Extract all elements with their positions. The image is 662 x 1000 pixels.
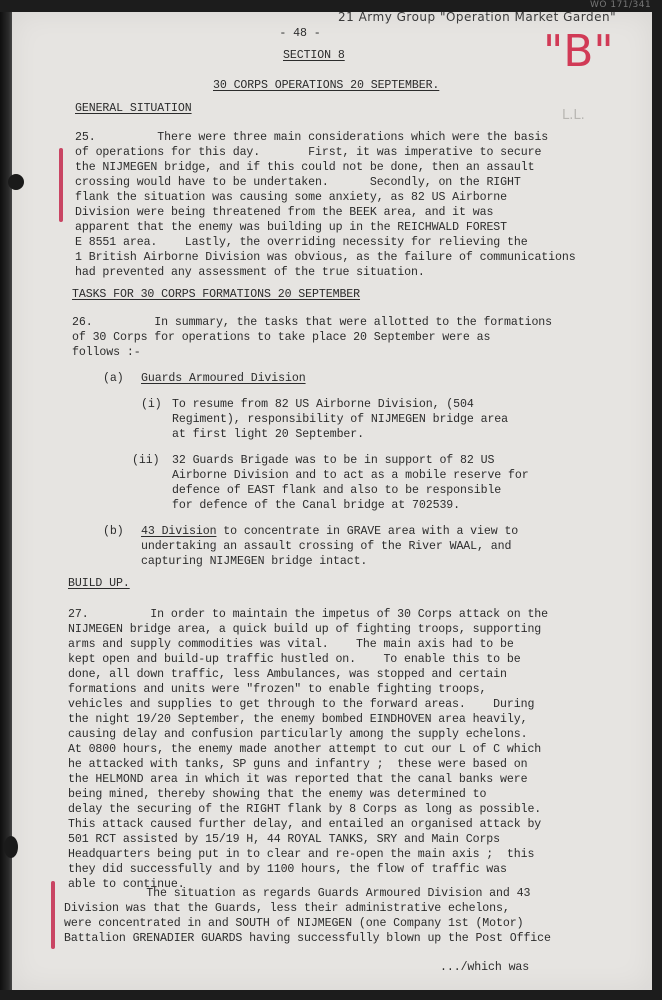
text-line: This attack caused further delay, and en…: [68, 817, 541, 832]
pencil-margin-note: L.L.: [562, 108, 585, 123]
item-a-label: (a): [103, 371, 124, 386]
subitem-i-label: (i): [141, 397, 162, 412]
text-line: follows :-: [72, 345, 141, 360]
item-b-first-line: 43 Division to concentrate in GRAVE area…: [141, 524, 518, 539]
text-line: he attacked with tanks, SP guns and infa…: [68, 757, 527, 772]
text-line: formations and units were "frozen" to en…: [68, 682, 486, 697]
text-line: 1 British Airborne Division was obvious,…: [75, 250, 576, 265]
handwritten-header: 21 Army Group "Operation Market Garden": [338, 10, 616, 24]
text-line: Division were being threatened from the …: [75, 205, 493, 220]
text-line: Division was that the Guards, less their…: [64, 901, 510, 916]
text-line: arms and supply commodities was vital. T…: [68, 637, 514, 652]
text-line: were concentrated in and SOUTH of NIJMEG…: [64, 916, 523, 931]
text-line: for defence of the Canal bridge at 70253…: [172, 498, 460, 513]
text-line: of operations for this day. First, it wa…: [75, 145, 541, 160]
text-line: The situation as regards Guards Armoured…: [64, 886, 530, 901]
red-margin-mark-bottom: [51, 881, 55, 949]
text-line: causing delay and confusion particularly…: [68, 727, 527, 742]
binder-hole-top: [8, 174, 24, 190]
item-b-label: (b): [103, 524, 124, 539]
text-line: There were three main considerations whi…: [75, 130, 548, 145]
binder-hole-bottom: [4, 836, 18, 858]
text-line: they did successfully and by 1100 hours,…: [68, 862, 507, 877]
item-a-title: Guards Armoured Division: [141, 371, 306, 386]
item-b-title: 43 Division: [141, 525, 216, 538]
text-line: had prevented any assessment of the true…: [75, 265, 425, 280]
text-line: at first light 20 September.: [172, 427, 364, 442]
text-line: apparent that the enemy was building up …: [75, 220, 507, 235]
text-line: Airborne Division and to act as a mobile…: [172, 468, 529, 483]
subitem-ii-label: (ii): [132, 453, 159, 468]
text-line: to concentrate in GRAVE area with a view…: [216, 525, 518, 538]
text-line: E 8551 area. Lastly, the overriding nece…: [75, 235, 528, 250]
text-line: defence of EAST flank and also to be res…: [172, 483, 501, 498]
text-line: done, all down traffic, less Ambulances,…: [68, 667, 507, 682]
text-line: flank the situation was causing some anx…: [75, 190, 507, 205]
text-line: Regiment), responsibility of NIJMEGEN br…: [172, 412, 508, 427]
text-line: being mined, thereby showing that the en…: [68, 787, 486, 802]
tasks-heading: TASKS FOR 30 CORPS FORMATIONS 20 SEPTEMB…: [72, 287, 360, 302]
text-line: vehicles and supplies to get through to …: [68, 697, 534, 712]
page-title: 30 CORPS OPERATIONS 20 SEPTEMBER.: [213, 78, 439, 93]
text-line: the night 19/20 September, the enemy bom…: [68, 712, 527, 727]
text-line: To resume from 82 US Airborne Division, …: [172, 397, 474, 412]
text-line: In order to maintain the impetus of 30 C…: [68, 607, 548, 622]
text-line: Headquarters being put in to clear and r…: [68, 847, 534, 862]
text-line: of 30 Corps for operations to take place…: [72, 330, 490, 345]
text-line: undertaking an assault crossing of the R…: [141, 539, 511, 554]
text-line: kept open and build-up traffic hustled o…: [68, 652, 521, 667]
continuation-catchword: .../which was: [440, 960, 529, 975]
text-line: the NIJMEGEN bridge, and if this could n…: [75, 160, 534, 175]
red-letter-b: "B": [543, 30, 614, 74]
text-line: the HELMOND area in which it was reporte…: [68, 772, 527, 787]
section-heading: SECTION 8: [283, 48, 345, 63]
general-situation-heading: GENERAL SITUATION: [75, 101, 192, 116]
text-line: NIJMEGEN bridge area, a quick build up o…: [68, 622, 541, 637]
red-margin-mark-top: [59, 148, 63, 222]
text-line: At 0800 hours, the enemy made another at…: [68, 742, 541, 757]
text-line: delay the securing of the RIGHT flank by…: [68, 802, 541, 817]
text-line: Battalion GRENADIER GUARDS having succes…: [64, 931, 551, 946]
text-line: 32 Guards Brigade was to be in support o…: [172, 453, 494, 468]
text-line: In summary, the tasks that were allotted…: [72, 315, 552, 330]
page-number: - 48 -: [260, 26, 340, 41]
build-up-heading: BUILD UP.: [68, 576, 130, 591]
text-line: 501 RCT assisted by 15/19 H, 44 ROYAL TA…: [68, 832, 500, 847]
text-line: capturing NIJMEGEN bridge intact.: [141, 554, 367, 569]
text-line: crossing would have to be undertaken. Se…: [75, 175, 521, 190]
pencil-reference: WO 171/341: [590, 0, 651, 10]
